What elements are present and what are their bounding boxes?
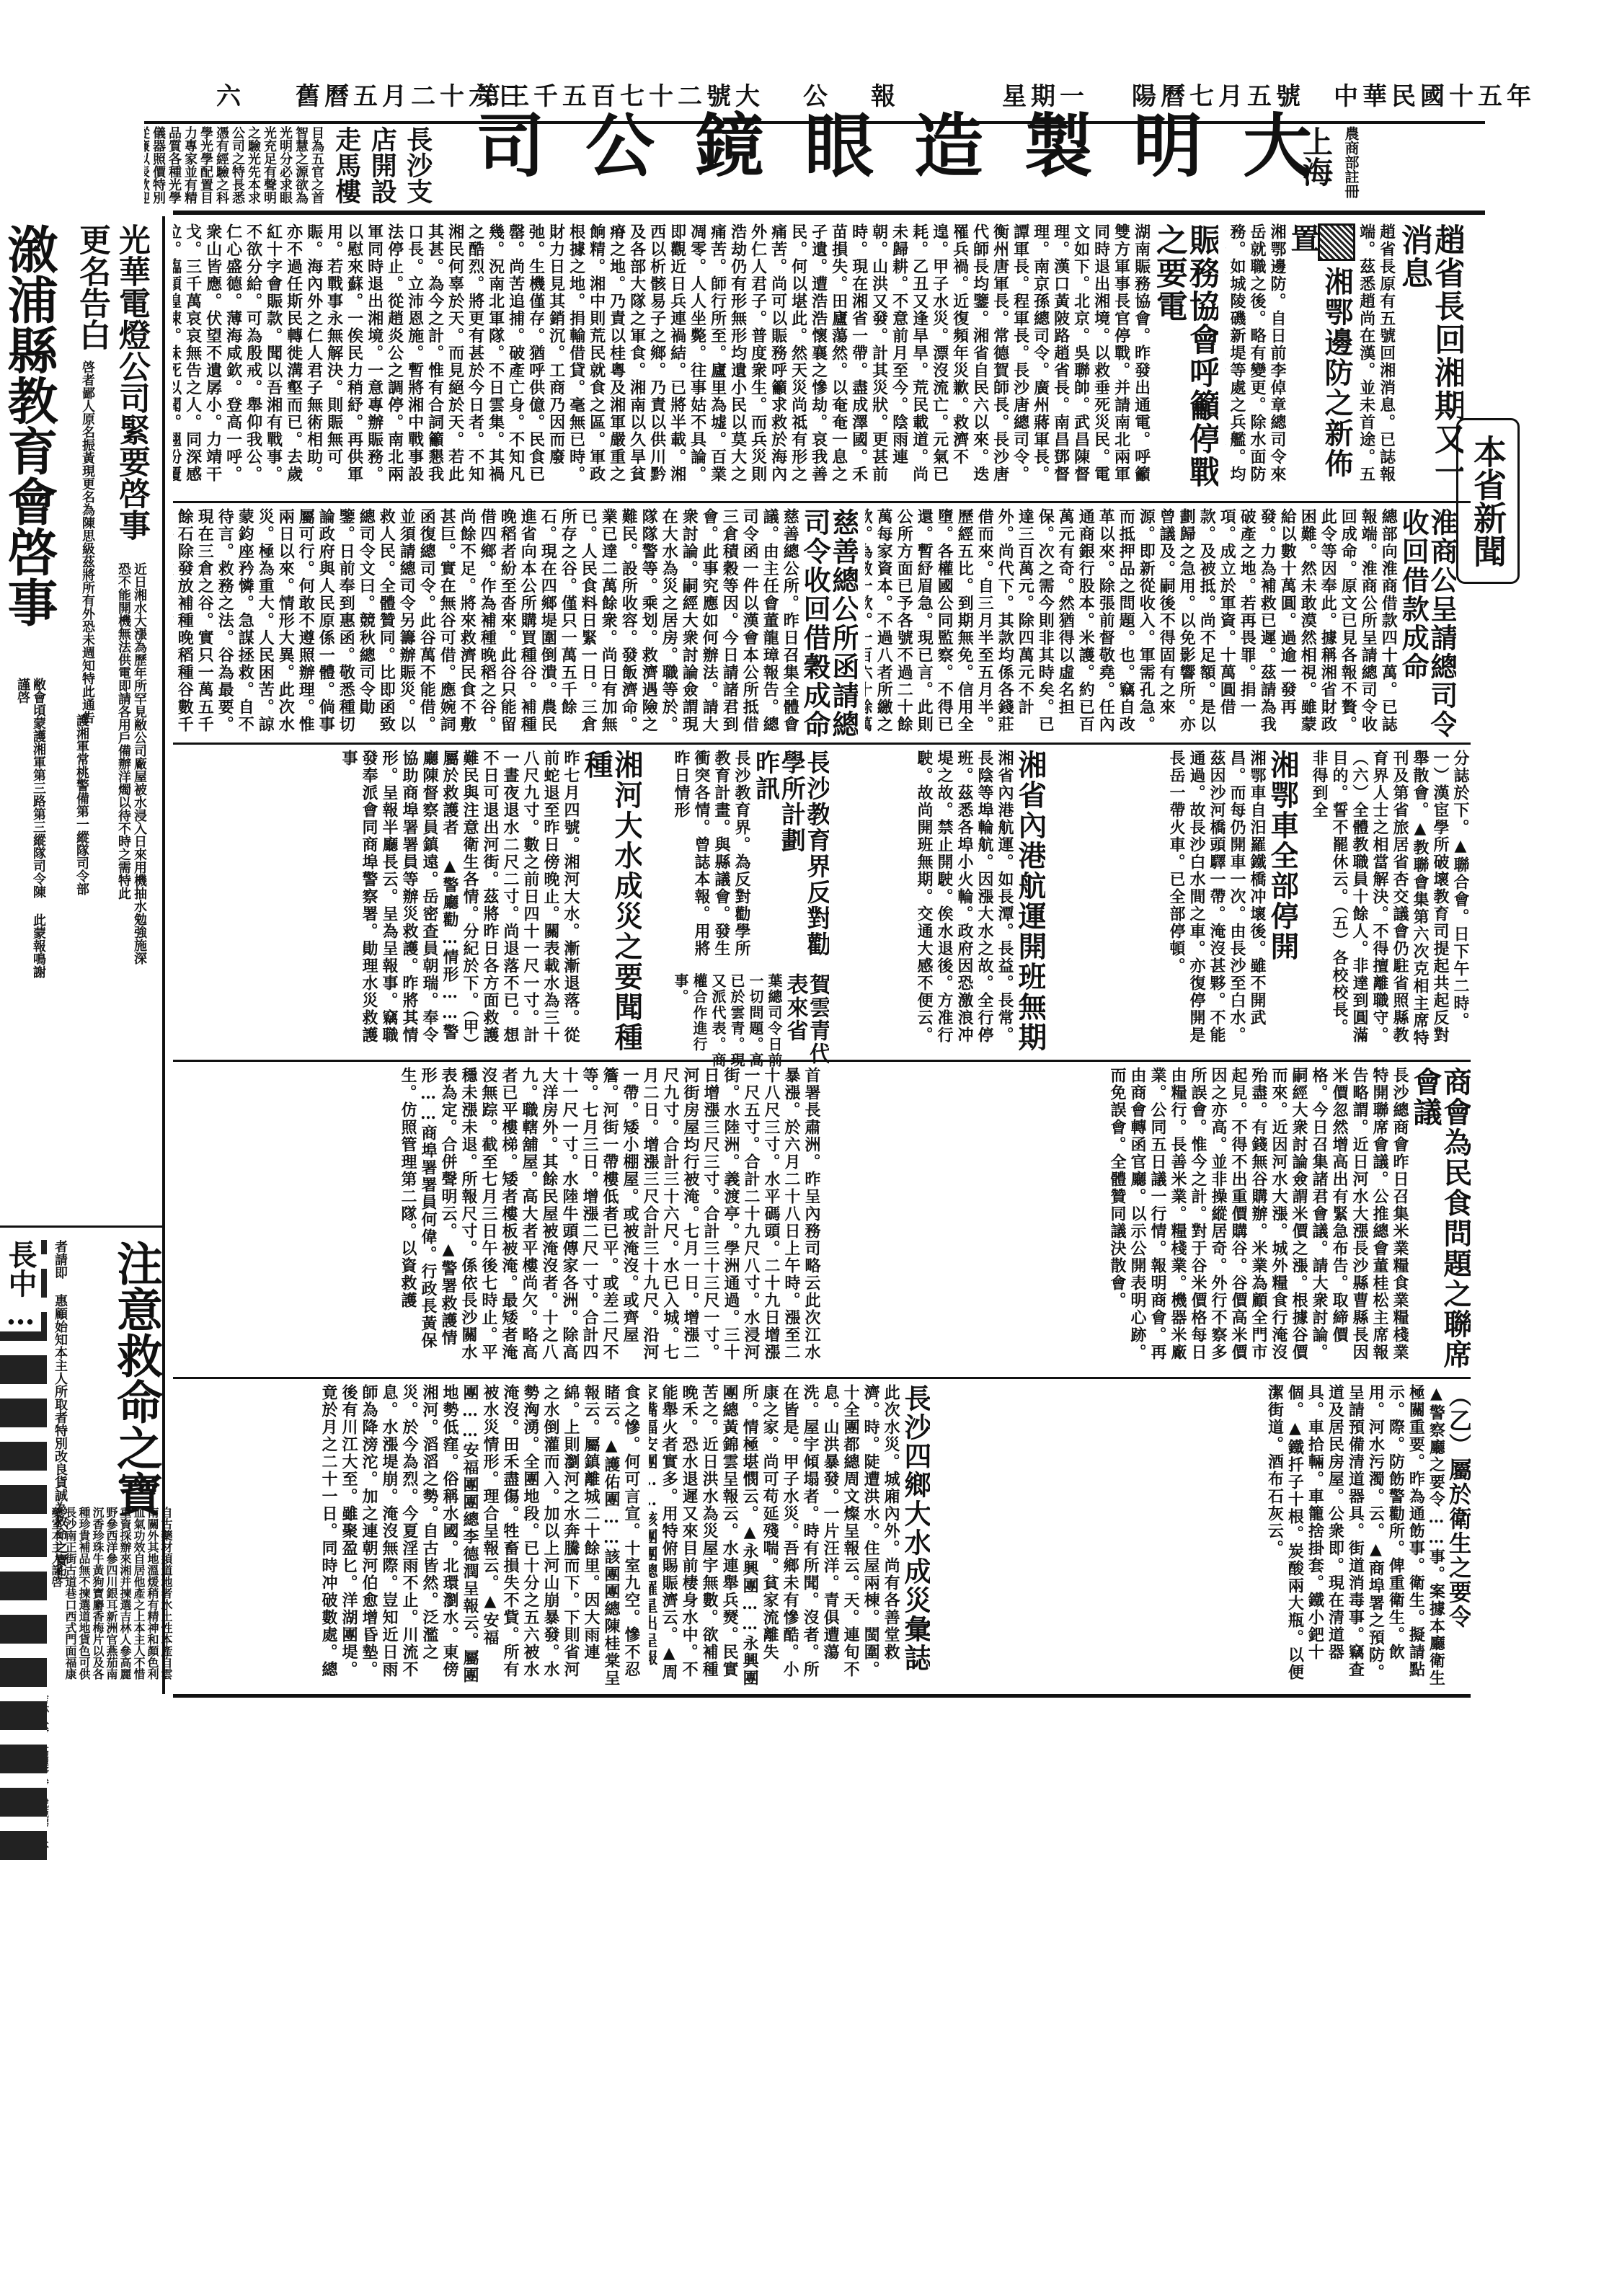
row-rule [173,743,1471,745]
headline: 商會為民食問題之聯席會議 [1410,1067,1471,1370]
ad-title: 注意救命之寶 [112,1240,159,1517]
row-rule [173,501,1471,503]
article-xiang-e-border: 湘鄂邊防之新佈置 湘鄂邊防。自日前李倬章總司令來岳就職之後。略有變更。除水面防務… [1226,223,1355,497]
article-police-rescue: 首署長肅洲。昨呈內務司略云此次江水暴漲。於六月二十八日上午時。漲至二十八尺三寸。… [173,1067,822,1370]
article-body: 慈善總公所。昨日召集全體會議。由主任會董龍璋報告。總司令函一件以漢會本公所抵借三… [173,508,800,739]
article-railway-halt: 湘鄂車全部停開 湘鄂車自汨羅鐵橋冲壞後。雖不開武昌。而每仍開車一次。由長沙至白水… [1045,750,1298,1052]
branch-lines: 長沙支 店開設 走馬樓 [332,126,432,204]
article-body: ▲警察廳之要令……事。案據本廳衛生極關重要。昨為通飭事。衛生。擬請點示。際。防飭… [1264,1384,1446,1687]
article-huai-merchants: 淮商公呈請總司令收回借款成命 總部向淮商借款四十萬。已誌報端。淮商公所呈請總司令… [865,508,1456,739]
registration-note: 農商部註冊 [1341,126,1362,198]
banner-rule [173,210,1485,215]
company-prefix: 上海 [1294,126,1337,187]
row-rule [173,1377,1471,1379]
ad-description: 目為五官之首智慧之源欲為光明分必求眼光充足有聲明之驗光先本求公司之特長悉憑有經驗… [144,126,324,213]
article-body: 首署長肅洲。昨呈內務司略云此次江水暴漲。於六月二十八日上午時。漲至二十八尺三寸。… [398,1067,822,1370]
article-hubao-tuan: 食之慘。何可言宣。十室九空。慘不忍睹云。▲護佑團……該團團總陳桂棠呈報云。屬鎮離… [288,1384,642,1687]
branch-line: 店開設 [368,126,396,204]
article-body: 食之慘。何可言宣。十室九空。慘不忍睹云。▲護佑團……該團團總陳桂棠呈報云。屬鎮離… [319,1384,642,1687]
headline: 湘鄂車全部停開 [1267,750,1298,1052]
ads-rule [0,1225,162,1228]
subhead: 昨訊 [752,750,778,966]
banner-ad: 目為五官之首智慧之源欲為光明分必求眼光充足有聲明之驗光先本求公司之特長悉憑有經驗… [144,126,1514,205]
headline: 湘省內港航運開班無期 [1015,750,1045,1052]
article-education-union: 分誌於下。▲聯合會。日下午二時。一）漢宦學所破壞教育司提起共起反對舉散會。▲教聯… [1305,750,1471,1052]
article-flood-news: 湘河大水成災之要聞種種 昨七月四號。湘河大水。漸漸退落。從前蛇退至昨日傍晚止。關… [173,750,642,1052]
ad-rename-signature: 護湘軍常桃警備第一縱隊司令部 [72,714,91,1002]
bottom-rule [173,1694,1471,1698]
headline-marker-icon [1318,223,1355,261]
article-body: 趙省長原有五號回湘消息。已誌報端。茲悉趙尚在漢。並未首途。五號決不能抵湘。據昨日… [1355,223,1397,497]
article-body: 湘鄂邊防。自日前李倬章總司令來岳就職之後。略有變更。除水面防務。如城陵磯新堤等處… [1226,223,1288,497]
headline: （乙）屬於衛生之要令 [1446,1384,1471,1687]
article-merchants-food: 商會為民食問題之聯席會議 長沙總商會昨日召集米業糧食業糧棧業特開聯席會議。公推總… [829,1067,1471,1370]
article-body: 湘鄂車自汨羅鐵橋冲壞後。雖不開武昌。而每仍開車一次。由長沙至白水。茲因沙河橋頭驛… [1166,750,1267,1052]
headline: 慈善總公所函請總司令收回借穀成命 [800,508,858,739]
branch-line: 走馬樓 [332,126,360,204]
ad-xupu-body: 敝會頃蒙護湘軍第三路第三縱隊司令陳 此蒙報鳴謝謹啓 [14,678,46,980]
article-relief-ceasefire: 賑務協會呼籲停戰之要電 湖南賑務協會。昨發出通電。呼籲雙方軍事長官停戰。并請南北… [173,223,1218,497]
ad-title: 光華電燈公司緊要啓事 [108,223,154,541]
article-body: 葉總司令日前一切問題。高已於雲青。現又派代表。商權合作進行事。 [671,973,784,1074]
headline: 淮商公呈請總司令收回借款成命 [1399,508,1456,739]
ad-xupu-education: 漵浦縣教育會啓事 [4,223,65,728]
article-body: 此次水災。城廂內外。尚有各善堂救濟。時。陡遭洪水。住屋兩棟。閩圍。十全團都總周文… [649,1384,901,1687]
ad-edge: 長中… [0,1240,47,1860]
article-body: 湘省內港航運。如長潭。長益。長常。長陰等埠輪航。因漲大水之故。全行停班。茲悉各埠… [914,750,1015,1052]
headline: 湘河大水成災之要聞種種 [581,750,642,1052]
article-inland-shipping: 湘省內港航運開班無期 湘省內港航運。如長潭。長益。長常。長陰等埠輪航。因漲大水之… [829,750,1045,1052]
headline: 湘鄂邊防之新佈置 [1288,223,1355,497]
article-charity-grain: 慈善總公所函請總司令收回借穀成命 慈善總公所。昨日召集全體會議。由主任會董龍璋報… [173,508,858,739]
article-hygiene: （乙）屬於衛生之要令 ▲警察廳之要令……事。案據本廳衛生極關重要。昨為通飭事。衛… [937,1384,1471,1687]
headline: 賀雲青代表來省 [784,973,829,1074]
ad-title: 更名告白 [68,223,115,350]
year: 中華民國十五年 [1334,72,1535,115]
article-body: 長沙教育界。為反對勸學所教育計畫。與縣議會。發生衝突各情。曾誌本報。用將昨日情形 [671,750,752,966]
company-name: 大明製造眼鏡公司 [476,112,1352,181]
headline: 長沙四鄉大水成災彙誌 [901,1384,930,1687]
article-body: 長沙總商會昨日召集米業糧食業糧棧業特開聯席會議。公推總會董桂松主席報告略謂。近日… [1107,1067,1410,1370]
row-rule [173,1060,1471,1062]
article-he-yunqing: 賀雲青代表來省 葉總司令日前一切問題。高已於雲青。現又派代表。商權合作進行事。 [649,973,829,1074]
article-zhao-return: 趙省長回湘期又一消息 趙省長原有五號回湘消息。已誌報端。茲悉趙尚在漢。並未首途。… [1355,223,1463,497]
headline: 長沙教育界反對勸學所計劃 [778,750,829,966]
article-body: 分誌於下。▲聯合會。日下午二時。一）漢宦學所破壞教育司提起共起反對舉散會。▲教聯… [1309,750,1471,1052]
ad-guanghua-body: 近日湘水大漲為歷年所罕見敝公司廠屋被水浸入日來用機抽水勉強施深恐不能開機無法供電… [115,562,147,966]
article-changsha-four-villages: 長沙四鄉大水成災彙誌 此次水災。城廂內外。尚有各善堂救濟。時。陡遭洪水。住屋兩棟… [649,1384,930,1687]
headline: 賑務協會呼籲停戰之要電 [1152,223,1218,497]
ad-title: 漵浦縣教育會啓事 [4,223,54,627]
ad-life-saving-body: 自古藥材須道地者水土性本產自雲南關外其地溫煖稍有精神和顏色利血氣功效自居他產之上… [43,1507,173,1687]
headline: 趙省長回湘期又一消息 [1397,223,1463,497]
page-number: 六 [216,72,245,115]
article-body: 昨七月四號。湘河大水。漸漸退落。從前蛇退至昨日傍晚止。關表載水為三十八尺九寸。數… [339,750,581,1052]
branch-line: 長沙支 [403,126,432,204]
article-body: 湖南賑務協會。昨發出通電。呼籲雙方軍事長官停戰。并請南北兩軍同時退出湘境。以救垂… [173,223,1152,497]
article-education-protest: 長沙教育界反對勸學所計劃 昨訊 長沙教育界。為反對勸學所教育計畫。與縣議會。發生… [649,750,829,966]
ad-edge-title: 長中… [0,1240,41,1331]
article-body: 總部向淮商借款四十萬。已誌報端。淮商公所呈請總司令收回成命。原文已見各報不贅。此… [865,508,1399,739]
